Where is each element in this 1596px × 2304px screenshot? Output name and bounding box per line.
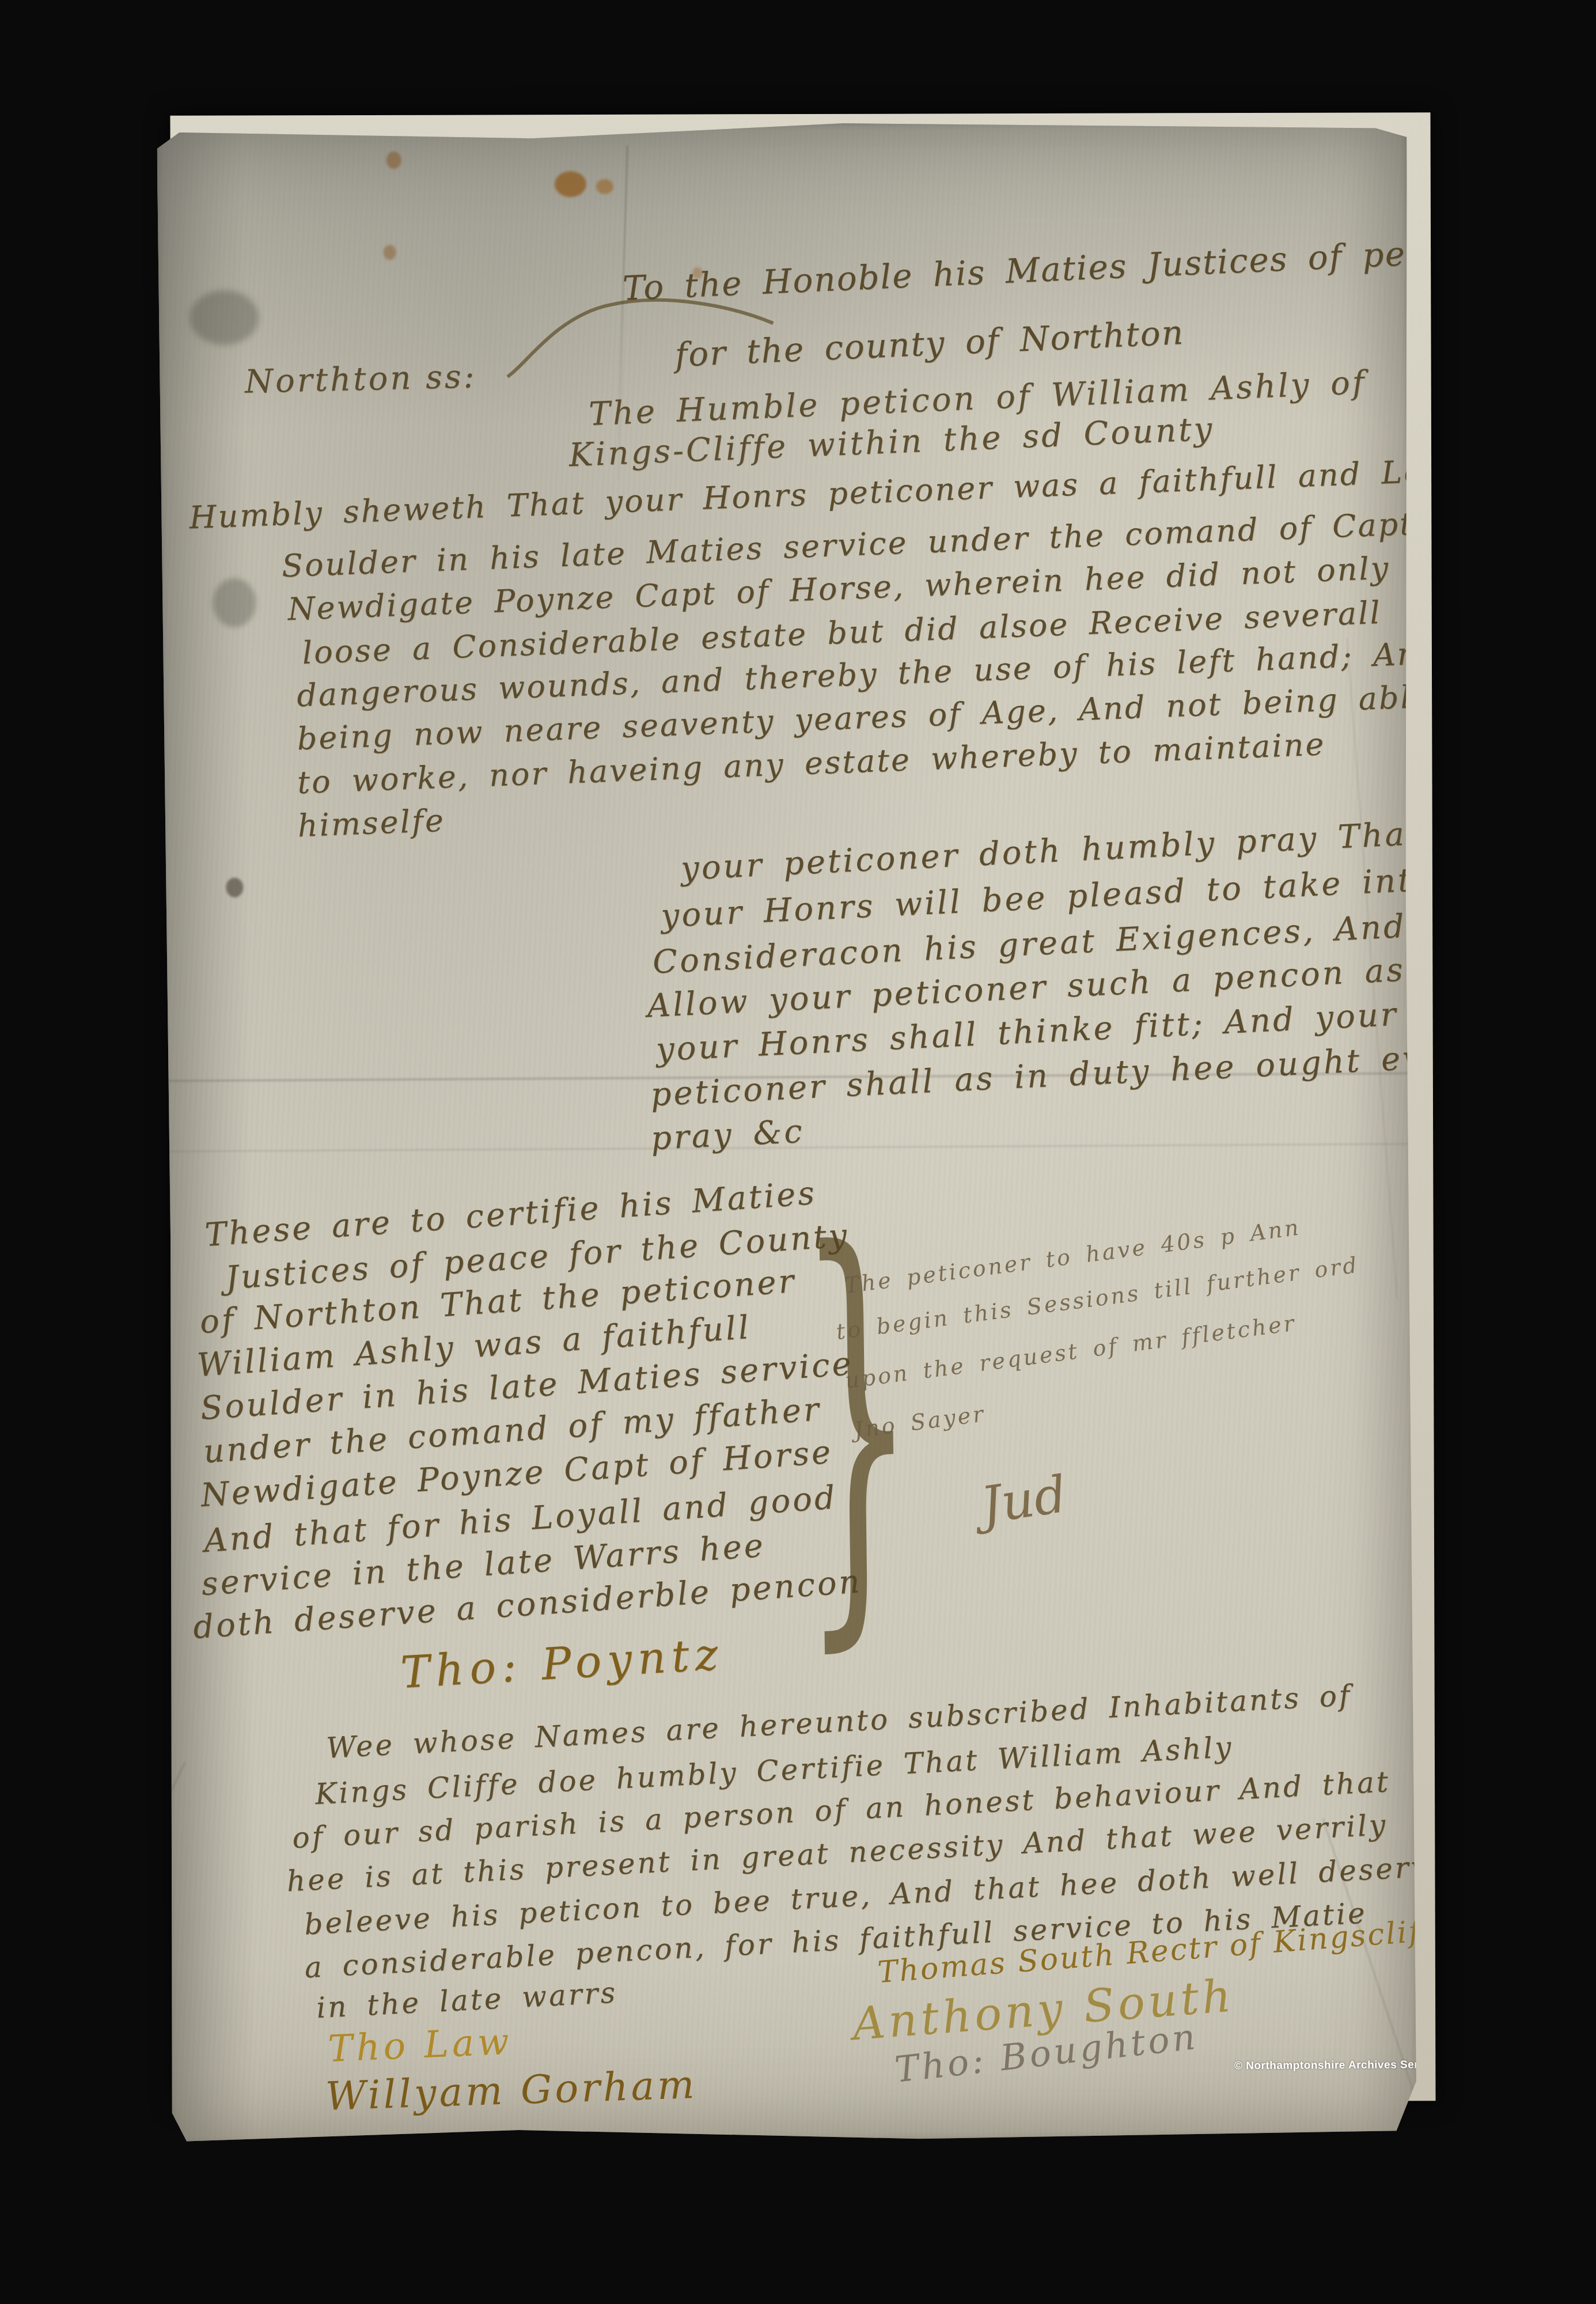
paper-smudge bbox=[213, 578, 256, 627]
signature-law: Tho Law bbox=[327, 2021, 513, 2071]
ink-blot bbox=[226, 878, 243, 897]
paper-crease bbox=[0, 1762, 185, 2230]
paper-stain bbox=[555, 171, 586, 197]
clerk-flourish-mark: Jud bbox=[977, 1464, 1070, 1535]
paper-stain bbox=[596, 179, 613, 194]
signature-poyntz: Tho: Poyntz bbox=[399, 1628, 725, 1698]
signature-gorham: Willyam Gorham bbox=[325, 2062, 698, 2120]
paper-stain bbox=[384, 245, 396, 260]
petition-body-line: himselfe bbox=[297, 802, 446, 844]
manuscript-page: To the Honoble his Maties Justices of pe… bbox=[157, 119, 1419, 2145]
petition-heading-line: To the Honoble his Maties Justices of pe… bbox=[622, 231, 1469, 308]
paper-smudge bbox=[189, 290, 259, 346]
prayer-line: pray &c bbox=[650, 1113, 805, 1158]
county-marginal: Northton ss: bbox=[244, 358, 477, 400]
parish-certificate-line: in the late warrs bbox=[316, 1976, 619, 2025]
paper-stain bbox=[386, 151, 401, 169]
scan-background: To the Honoble his Maties Justices of pe… bbox=[0, 0, 1596, 2304]
archive-watermark: © Northamptonshire Archives Service bbox=[1234, 2059, 1441, 2072]
